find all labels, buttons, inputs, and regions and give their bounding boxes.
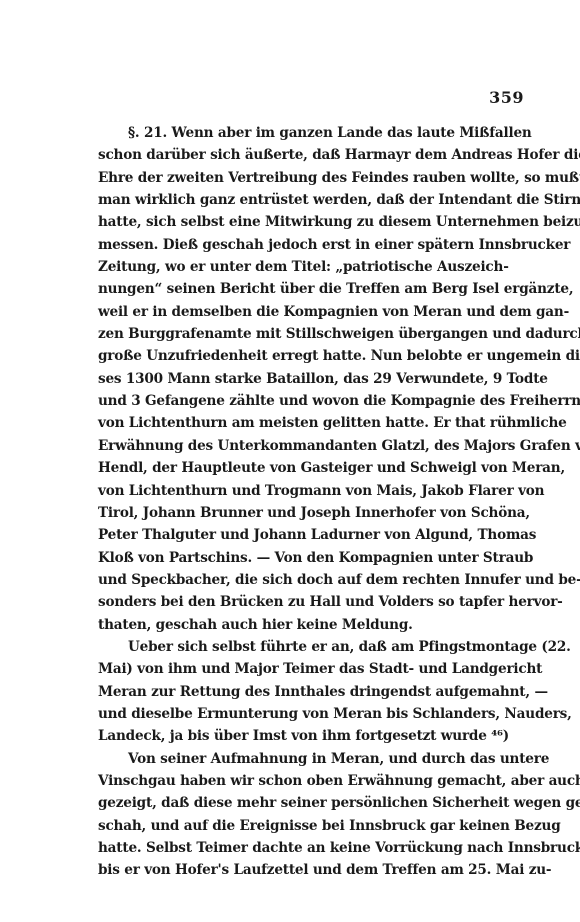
text-line: sonders bei den Brücken zu Hall und Vold…	[98, 591, 488, 613]
book-page: 359 §. 21. Wenn aber im ganzen Lande das…	[0, 0, 580, 922]
text-line: zen Burggrafenamte mit Stillschweigen üb…	[98, 323, 488, 345]
text-line: schah, und auf die Ereignisse bei Innsbr…	[98, 815, 488, 837]
text-line: Von seiner Aufmahnung in Meran, und durc…	[98, 748, 488, 770]
text-line: Hendl, der Hauptleute von Gasteiger und …	[98, 457, 488, 479]
text-line: und dieselbe Ermunterung von Meran bis S…	[98, 703, 488, 725]
text-line: gezeigt, daß diese mehr seiner persönlic…	[98, 792, 488, 814]
text-line: schon darüber sich äußerte, daß Harmayr …	[98, 144, 488, 166]
text-line: Erwähnung des Unterkommandanten Glatzl, …	[98, 435, 488, 457]
text-line: Kloß von Partschins. — Von den Kompagnie…	[98, 547, 488, 569]
text-line: von Lichtenthurn und Trogmann von Mais, …	[98, 480, 488, 502]
body-text: §. 21. Wenn aber im ganzen Lande das lau…	[98, 122, 488, 882]
text-line: hatte, sich selbst eine Mitwirkung zu di…	[98, 211, 488, 233]
text-line: Zeitung, wo er unter dem Titel: „patriot…	[98, 256, 488, 278]
text-line: Landeck, ja bis über Imst von ihm fortge…	[98, 725, 488, 747]
page-number: 359	[476, 88, 524, 107]
text-line: §. 21. Wenn aber im ganzen Lande das lau…	[98, 122, 488, 144]
text-line: thaten, geschah auch hier keine Meldung.	[98, 614, 488, 636]
text-line: weil er in demselben die Kompagnien von …	[98, 301, 488, 323]
text-line: Meran zur Rettung des Innthales dringend…	[98, 681, 488, 703]
text-line: man wirklich ganz entrüstet werden, daß …	[98, 189, 488, 211]
text-line: Ehre der zweiten Vertreibung des Feindes…	[98, 167, 488, 189]
text-line: nungen“ seinen Bericht über die Treffen …	[98, 278, 488, 300]
text-line: und Speckbacher, die sich doch auf dem r…	[98, 569, 488, 591]
text-line: und 3 Gefangene zählte und wovon die Kom…	[98, 390, 488, 412]
text-line: messen. Dieß geschah jedoch erst in eine…	[98, 234, 488, 256]
text-line: Peter Thalguter und Johann Ladurner von …	[98, 524, 488, 546]
text-line: ses 1300 Mann starke Bataillon, das 29 V…	[98, 368, 488, 390]
text-line: Ueber sich selbst führte er an, daß am P…	[98, 636, 488, 658]
text-line: bis er von Hofer's Laufzettel und dem Tr…	[98, 859, 488, 881]
text-line: große Unzufriedenheit erregt hatte. Nun …	[98, 345, 488, 367]
text-line: Vinschgau haben wir schon oben Erwähnung…	[98, 770, 488, 792]
text-line: von Lichtenthurn am meisten gelitten hat…	[98, 412, 488, 434]
text-line: Mai) von ihm und Major Teimer das Stadt-…	[98, 658, 488, 680]
text-line: hatte. Selbst Teimer dachte an keine Vor…	[98, 837, 488, 859]
text-line: Tirol, Johann Brunner und Joseph Innerho…	[98, 502, 488, 524]
